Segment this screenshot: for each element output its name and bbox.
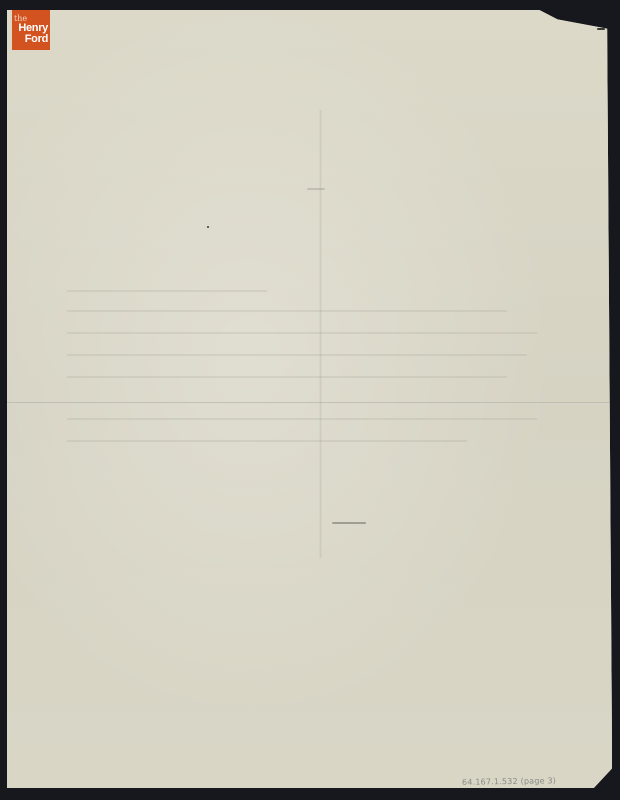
vertical-fold-line	[319, 110, 322, 558]
horizontal-fold-line	[7, 402, 612, 404]
bleed-through-line	[67, 332, 537, 334]
logo-ford: Ford	[25, 34, 48, 45]
ink-smudge	[307, 188, 325, 190]
document-page	[7, 10, 612, 788]
ink-dash	[332, 522, 366, 524]
bleed-through-line	[67, 440, 467, 442]
bleed-through-line	[67, 354, 527, 356]
bleed-through-line	[67, 376, 507, 378]
bleed-through-line	[67, 290, 267, 292]
ink-speck	[207, 226, 209, 228]
catalog-number: 64.167.1.532 (page 3)	[462, 776, 556, 787]
bleed-through-line	[67, 418, 537, 420]
the-henry-ford-logo: the Henry Ford	[12, 10, 50, 50]
bleed-through-line	[67, 310, 507, 312]
ink-mark	[597, 28, 605, 30]
